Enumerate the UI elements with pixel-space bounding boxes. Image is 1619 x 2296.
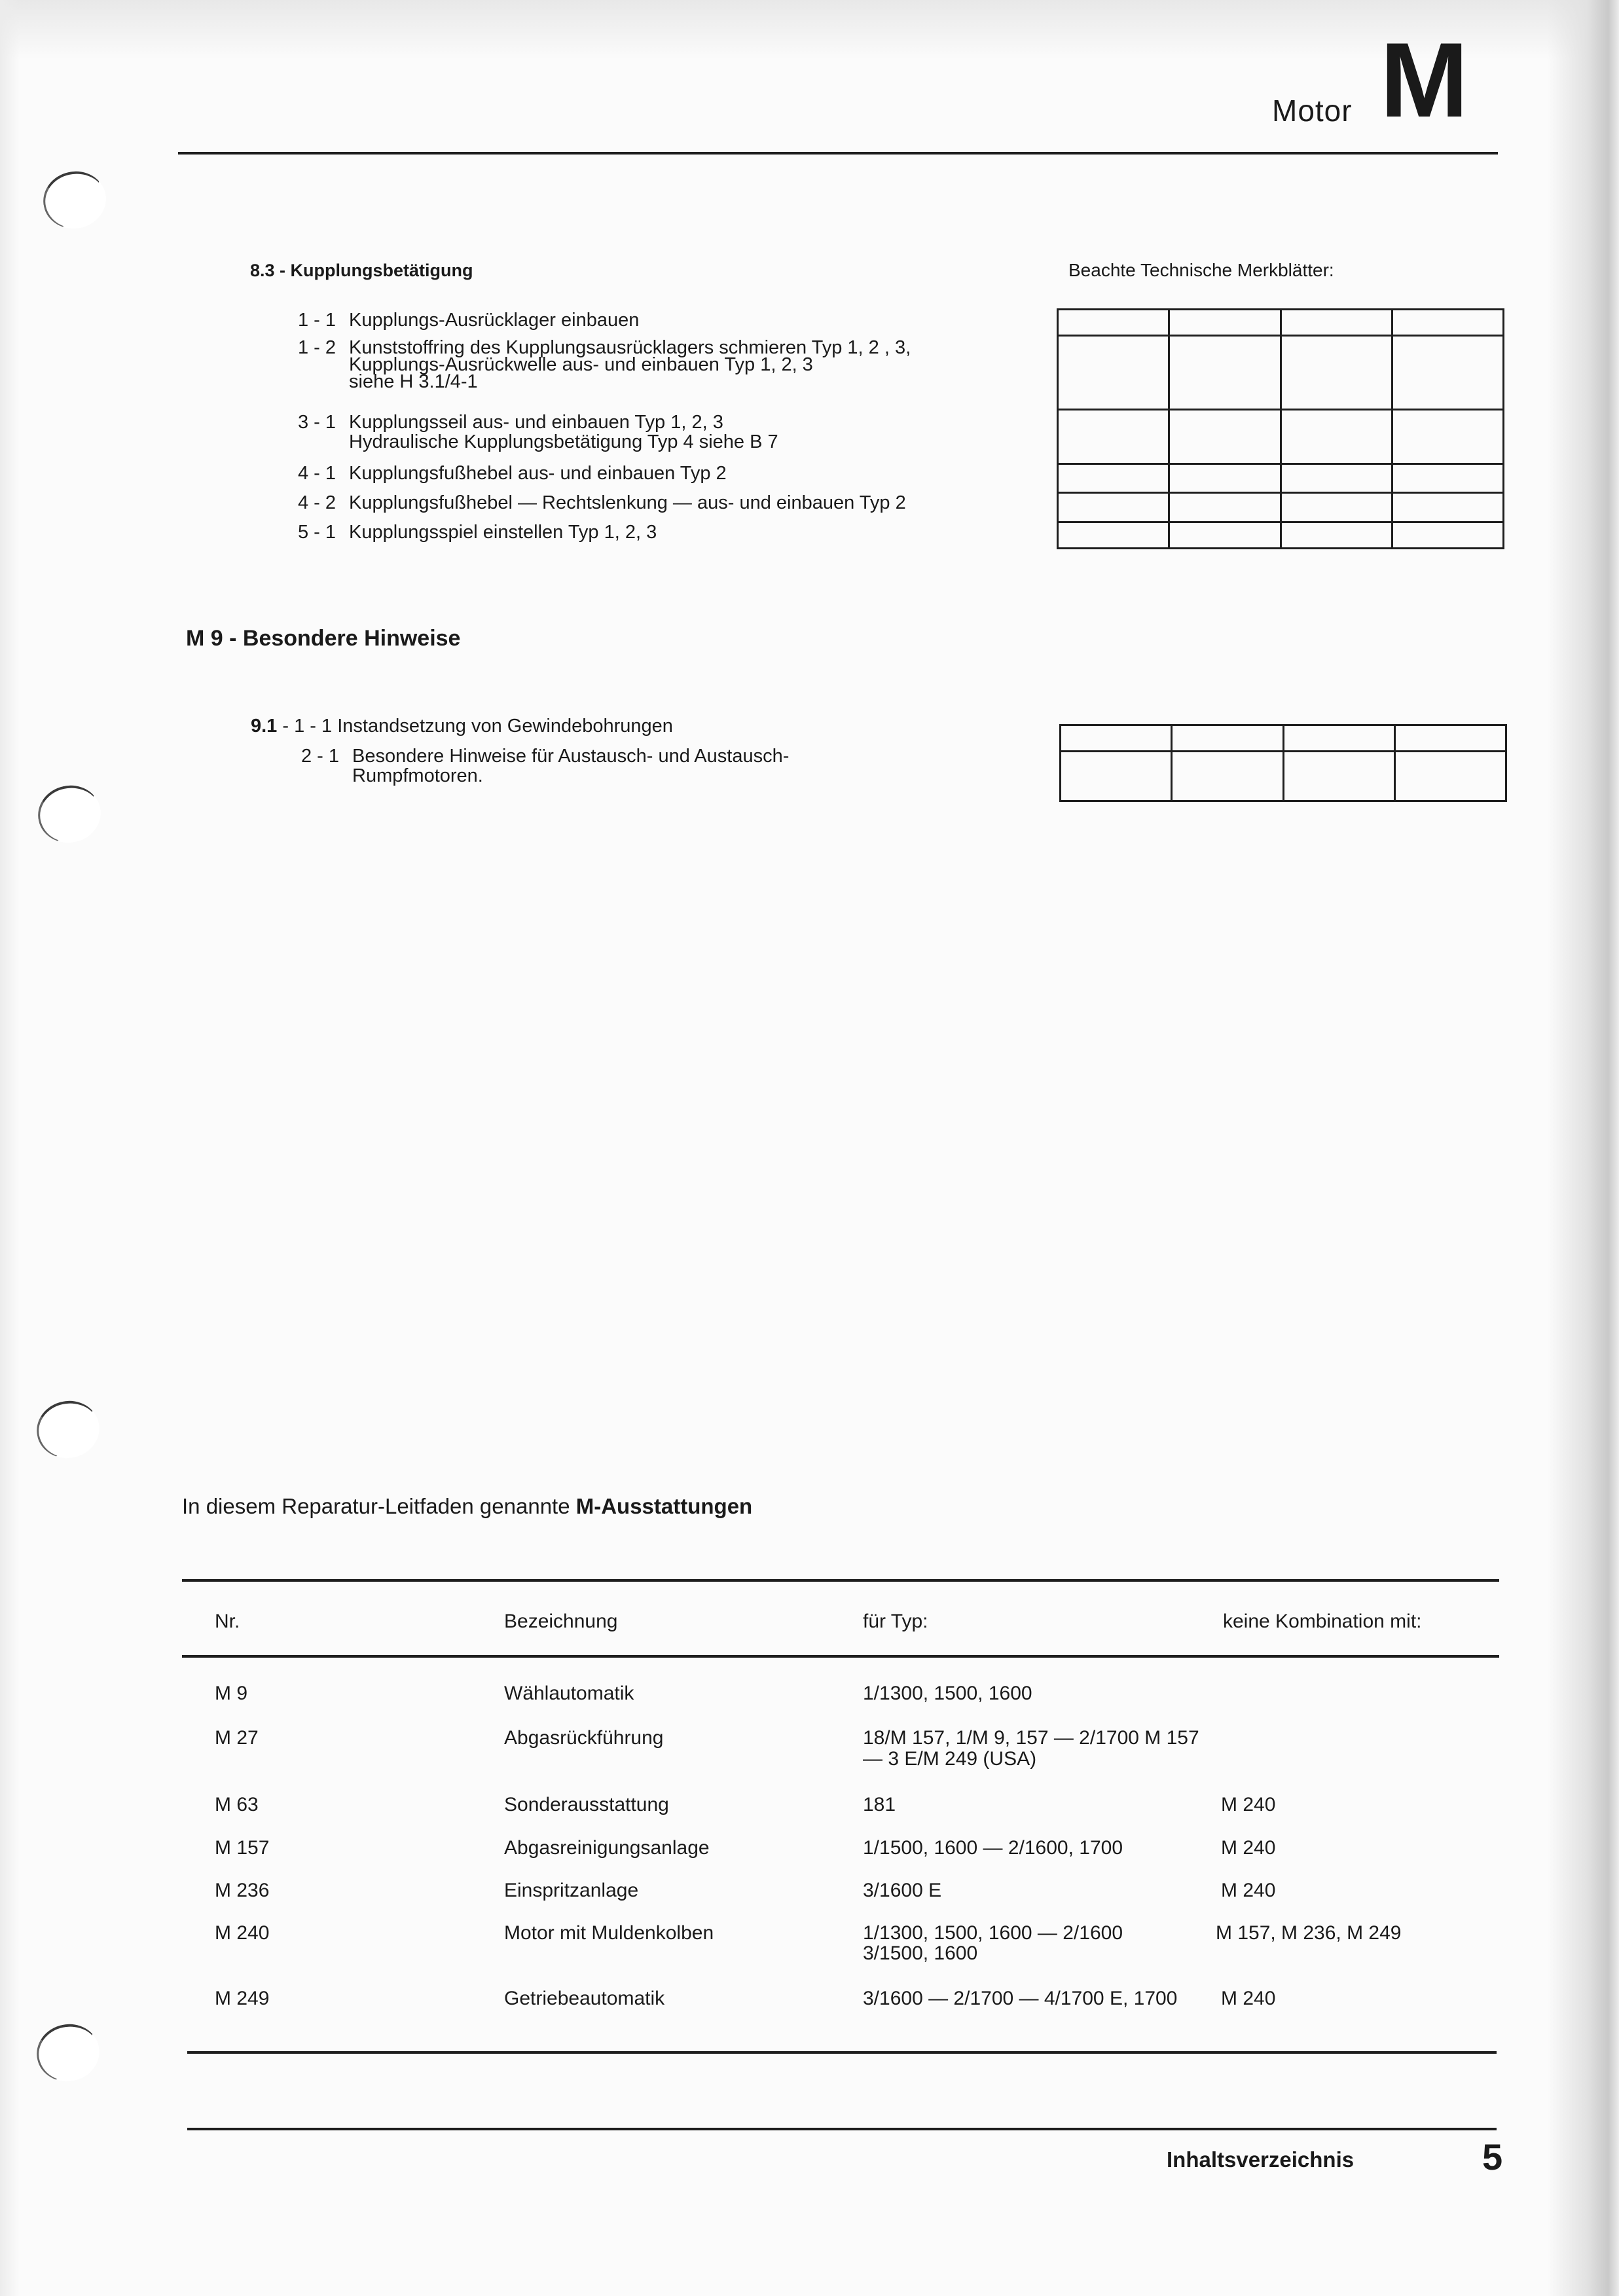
cell-typ: 3/1600 E	[863, 1880, 941, 1902]
list-item: 1 - 1Kupplungs-Ausrücklager einbauen	[298, 310, 639, 331]
grid-cell	[1392, 410, 1503, 464]
section-title: M 9 - Besondere Hinweise	[186, 626, 460, 651]
grid-cell	[1283, 725, 1394, 752]
cell-bezeichnung: Abgasrückführung	[504, 1727, 664, 1749]
grid-cell	[1172, 752, 1283, 801]
grid-cell	[1058, 493, 1169, 522]
grid-cell	[1281, 464, 1392, 493]
list-item: 3 - 1Kupplungsseil aus- und einbauen Typ…	[298, 412, 778, 452]
grid-cell	[1392, 336, 1503, 410]
list-item: 1 - 2Kunststoffring des Kupplungsausrück…	[298, 339, 911, 390]
item-text: Besondere Hinweise für Austausch- und Au…	[352, 746, 789, 767]
merkblaetter-label: Beachte Technische Merkblätter:	[1068, 259, 1334, 282]
item-text: Kupplungsfußhebel aus- und einbauen Typ …	[349, 463, 727, 484]
page-number: 5	[1482, 2136, 1502, 2178]
cell-bezeichnung: Sonderausstattung	[504, 1794, 669, 1816]
scan-edge-top	[0, 0, 1619, 59]
item-number: 1 - 1	[298, 310, 349, 331]
item-text: Kupplungsfußhebel — Rechtslenkung — aus-…	[349, 492, 906, 513]
scan-edge-right	[1547, 0, 1619, 2296]
grid-cell	[1283, 752, 1394, 801]
table-header-rule	[182, 1655, 1499, 1658]
section-word: Motor	[1272, 93, 1353, 128]
cell-keine: M 240	[1221, 1837, 1275, 1859]
grid-cell	[1061, 752, 1172, 801]
cell-bezeichnung: Abgasreinigungsanlage	[504, 1837, 710, 1859]
table-bottom-rule	[187, 2051, 1497, 2054]
cell-keine: M 157, M 236, M 249	[1216, 1922, 1401, 1944]
grid-cell	[1169, 336, 1281, 410]
cell-typ: 1/1500, 1600 — 2/1600, 1700	[863, 1837, 1123, 1859]
item-text: Kupplungsseil aus- und einbauen Typ 1, 2…	[349, 412, 723, 433]
punch-hole-icon	[31, 2018, 105, 2087]
ausstattungen-title: In diesem Reparatur-Leitfaden genannte M…	[182, 1494, 752, 1519]
item-number: 2 - 1	[301, 746, 352, 766]
table-top-rule	[182, 1579, 1499, 1582]
grid-cell	[1058, 464, 1169, 493]
grid-cell	[1281, 336, 1392, 410]
item-number: 3 - 1	[298, 412, 349, 432]
grid-cell	[1169, 493, 1281, 522]
item-text: Kupplungsspiel einstellen Typ 1, 2, 3	[349, 522, 657, 543]
grid-cell	[1281, 310, 1392, 336]
cell-bezeichnung: Motor mit Muldenkolben	[504, 1922, 714, 1944]
cell-typ: 1/1300, 1500, 1600	[863, 1683, 1032, 1705]
grid-cell	[1281, 522, 1392, 549]
grid-cell	[1172, 725, 1283, 752]
title-regular: In diesem Reparatur-Leitfaden genannte	[182, 1494, 576, 1518]
footer-rule	[187, 2128, 1497, 2130]
punch-hole-icon	[33, 780, 106, 848]
cell-keine: M 240	[1221, 1880, 1275, 1902]
cell-typ: 18/M 157, 1/M 9, 157 — 2/1700 M 157	[863, 1727, 1199, 1749]
item-number: - 1 - 1	[282, 716, 332, 737]
grid-cell	[1281, 493, 1392, 522]
grid-cell	[1061, 725, 1172, 752]
cell-bezeichnung: Wählautomatik	[504, 1683, 634, 1705]
grid-cell	[1392, 310, 1503, 336]
cell-typ: 181	[863, 1794, 896, 1816]
grid-cell	[1169, 464, 1281, 493]
column-header-typ: für Typ:	[863, 1611, 928, 1633]
list-item: 4 - 2Kupplungsfußhebel — Rechtslenkung —…	[298, 492, 906, 514]
grid-cell	[1281, 410, 1392, 464]
cell-bezeichnung: Getriebeautomatik	[504, 1988, 664, 2010]
list-item: 2 - 1Besondere Hinweise für Austausch- u…	[301, 746, 789, 786]
cell-typ-line2: 3/1500, 1600	[863, 1942, 977, 1965]
item-text: Rumpfmotoren.	[301, 766, 789, 786]
item-number: 4 - 2	[298, 492, 349, 514]
footer-label: Inhaltsverzeichnis	[1167, 2147, 1354, 2172]
cell-keine: M 240	[1221, 1794, 1275, 1816]
cell-nr: M 9	[215, 1683, 247, 1705]
punch-hole-icon	[38, 166, 111, 234]
grid-cell	[1169, 310, 1281, 336]
merkblaetter-grid	[1059, 724, 1507, 802]
grid-cell	[1058, 336, 1169, 410]
item-text: Kupplungs-Ausrücklager einbauen	[349, 310, 639, 331]
grid-cell	[1392, 522, 1503, 549]
item-text: siehe H 3.1/4-1	[298, 373, 911, 390]
sub-section-number: 9.1	[251, 716, 277, 737]
item-number: 5 - 1	[298, 522, 349, 543]
section-letter: M	[1380, 27, 1468, 134]
cell-nr: M 240	[215, 1922, 269, 1944]
grid-cell	[1169, 522, 1281, 549]
merkblaetter-grid	[1057, 308, 1504, 549]
cell-bezeichnung: Einspritzanlage	[504, 1880, 638, 1902]
cell-nr: M 63	[215, 1794, 259, 1816]
grid-cell	[1169, 410, 1281, 464]
cell-typ: 1/1300, 1500, 1600 — 2/1600	[863, 1922, 1123, 1944]
item-number: 1 - 2	[298, 339, 349, 356]
grid-cell	[1392, 464, 1503, 493]
column-header-bezeichnung: Bezeichnung	[504, 1611, 617, 1633]
title-bold: M-Ausstattungen	[576, 1494, 752, 1518]
punch-hole-icon	[31, 1395, 105, 1464]
list-item: 4 - 1Kupplungsfußhebel aus- und einbauen…	[298, 463, 727, 484]
item-text: Instandsetzung von Gewindebohrungen	[337, 716, 673, 737]
cell-nr: M 249	[215, 1988, 269, 2010]
grid-cell	[1392, 493, 1503, 522]
header-rule	[178, 152, 1498, 155]
grid-cell	[1058, 410, 1169, 464]
item-text: Hydraulische Kupplungsbetätigung Typ 4 s…	[298, 432, 778, 452]
column-header-keine-kombination: keine Kombination mit:	[1223, 1611, 1422, 1633]
grid-cell	[1394, 725, 1506, 752]
grid-cell	[1058, 310, 1169, 336]
list-item: 5 - 1Kupplungsspiel einstellen Typ 1, 2,…	[298, 522, 657, 543]
cell-nr: M 236	[215, 1880, 269, 1902]
cell-keine: M 240	[1221, 1988, 1275, 2010]
grid-cell	[1394, 752, 1506, 801]
section-title: 8.3 - Kupplungsbetätigung	[250, 261, 473, 281]
cell-nr: M 157	[215, 1837, 269, 1859]
cell-nr: M 27	[215, 1727, 259, 1749]
item-number: 4 - 1	[298, 463, 349, 484]
cell-typ-line2: — 3 E/M 249 (USA)	[863, 1748, 1036, 1770]
list-item: 9.1 - 1 - 1 Instandsetzung von Gewindebo…	[251, 715, 673, 737]
scan-edge-left	[0, 0, 20, 2296]
column-header-nr: Nr.	[215, 1611, 240, 1633]
grid-cell	[1058, 522, 1169, 549]
cell-typ: 3/1600 — 2/1700 — 4/1700 E, 1700	[863, 1988, 1177, 2010]
